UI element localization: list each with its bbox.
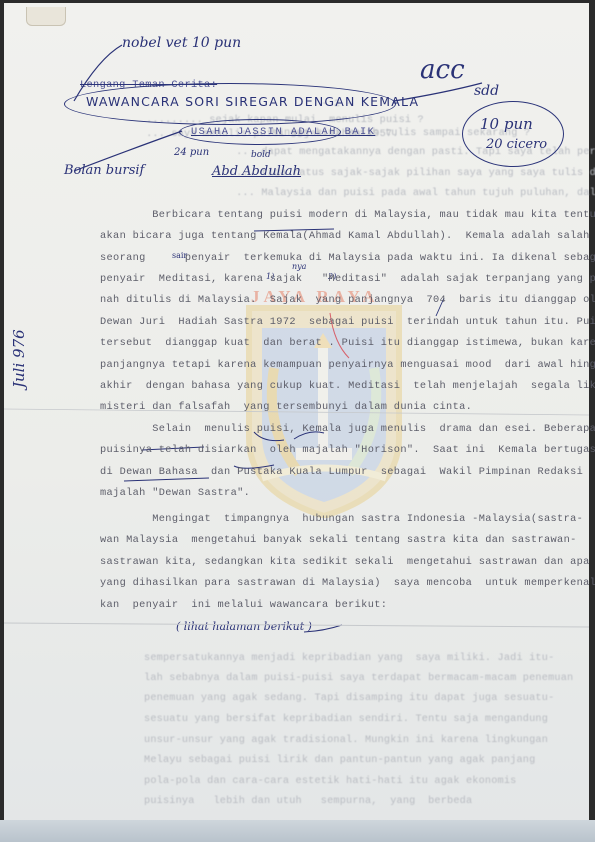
text-line: misteri dan falsafah yang tersembunyi da… bbox=[100, 401, 472, 413]
text-line: kan penyair ini melalui wawancara beriku… bbox=[100, 599, 387, 611]
text-line: majalah "Dewan Sastra". bbox=[100, 487, 250, 499]
text-line: akan bicara juga tentang Kemala(Ahmad Ka… bbox=[100, 230, 590, 242]
text-line: akhir dengan bahasa yang cukup kuat. Med… bbox=[100, 380, 595, 392]
text-line: nah ditulis di Malaysia. Sajak yang panj… bbox=[100, 294, 595, 306]
scan-bottom-edge bbox=[0, 820, 595, 842]
annotation-strokes bbox=[4, 3, 589, 839]
text-line: tersebut dianggap kuat dan berat . Puisi… bbox=[100, 337, 595, 349]
text-line: penyair Meditasi, karena sajak "Meditasi… bbox=[100, 273, 595, 285]
text-line: wan Malaysia mengetahui banyak sekali te… bbox=[100, 534, 577, 546]
text-line: Mengingat timpangnya hubungan sastra Ind… bbox=[100, 513, 583, 525]
text-line: di Dewan Bahasa dan Pustaka Kuala Lumpur… bbox=[100, 466, 583, 478]
text-line: yang dihasilkan para sastrawan di Malays… bbox=[100, 577, 595, 589]
text-line: panjangnya tetapi karena kemampuan penya… bbox=[100, 359, 595, 371]
text-line: puisinya telah disiarkan oleh majalah "H… bbox=[100, 444, 595, 456]
text-line: seorang penyair terkemuka di Malaysia pa… bbox=[100, 252, 595, 264]
text-line: Selain menulis puisi, Kemala juga menuli… bbox=[100, 423, 595, 435]
text-line: Berbicara tentang puisi modern di Malays… bbox=[100, 209, 595, 221]
text-line: Dewan Juri Hadiah Sastra 1972 sebagai pu… bbox=[100, 316, 595, 328]
document-page: - 2 - ......... sejak kapan mulai menuli… bbox=[4, 3, 589, 839]
text-line: sastrawan kita, sedangkan kita sedikit s… bbox=[100, 556, 590, 568]
